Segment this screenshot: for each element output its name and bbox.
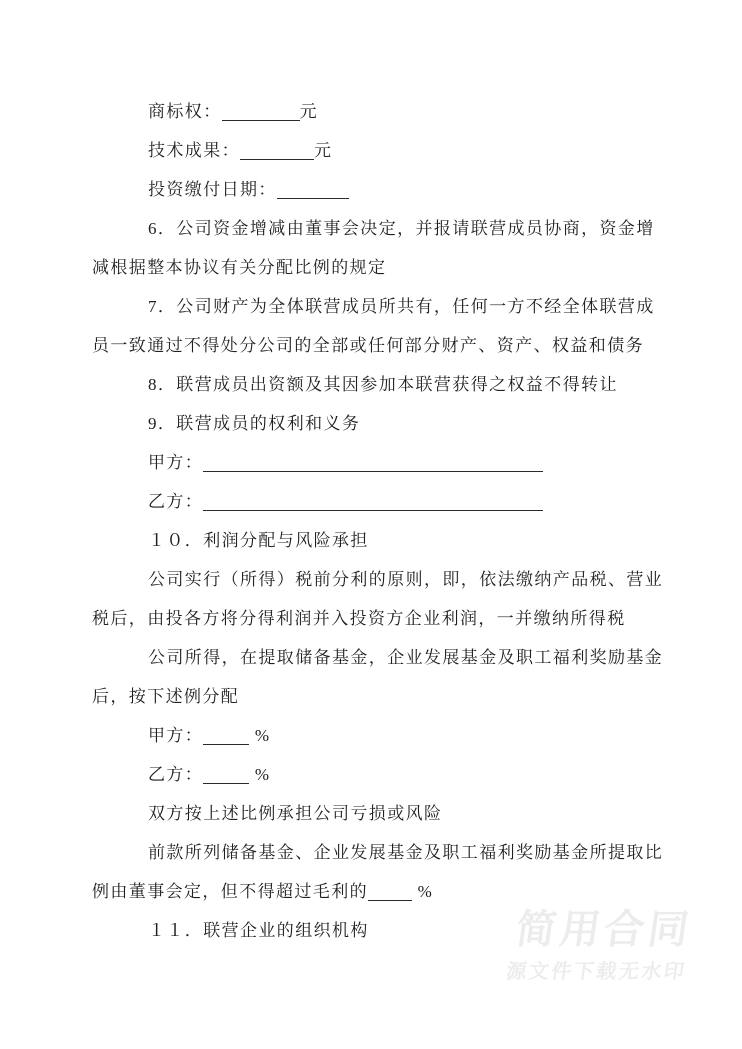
line-clause-6a: 6．公司资金增减由董事会决定，并报请联营成员协商，资金增 — [92, 209, 658, 248]
blank-underline-field — [368, 886, 412, 901]
blank-underline-field — [203, 730, 249, 745]
line-clause-10a: 公司实行（所得）税前分利的原则，即，依法缴纳产品税、营业 — [92, 560, 658, 599]
text-segment: 乙方： — [148, 765, 203, 784]
text-segment: % — [249, 765, 270, 784]
line-clause-10c: 公司所得，在提取储备基金，企业发展基金及职工福利奖励基金 — [92, 638, 658, 677]
blank-underline-field — [203, 496, 543, 511]
text-segment: 甲方： — [148, 453, 203, 472]
line-clause-9: 9．联营成员的权利和义务 — [92, 404, 658, 443]
text-segment: 8．联营成员出资额及其因参加本联营获得之权益不得转让 — [148, 375, 618, 394]
line-investment-payment-date: 投资缴付日期： — [92, 170, 658, 209]
line-funds-ratio-a: 前款所列储备基金、企业发展基金及职工福利奖励基金所提取比 — [92, 833, 658, 872]
text-segment: 员一致通过不得处分公司的全部或任何部分财产、资产、权益和债务 — [92, 336, 644, 355]
watermark-subtitle: 源文件下载无水印 — [504, 958, 688, 986]
text-segment: 元 — [300, 102, 318, 121]
text-segment: 公司实行（所得）税前分利的原则，即，依法缴纳产品税、营业 — [148, 570, 663, 589]
text-segment: 商标权： — [148, 102, 222, 121]
text-segment: １０．利润分配与风险承担 — [148, 531, 369, 550]
text-segment: 7．公司财产为全体联营成员所共有，任何一方不经全体联营成 — [148, 297, 655, 316]
text-segment: 后，按下述例分配 — [92, 687, 239, 706]
text-segment: １１．联营企业的组织机构 — [148, 921, 369, 940]
text-segment: 税后，由投各方将分得利润并入投资方企业利润，一并缴纳所得税 — [92, 609, 626, 628]
text-segment: 元 — [314, 141, 332, 160]
text-segment: 6．公司资金增减由董事会决定，并报请联营成员协商，资金增 — [148, 219, 655, 238]
text-segment: 技术成果： — [148, 141, 240, 160]
line-clause-6b: 减根据整本协议有关分配比例的规定 — [92, 248, 658, 287]
text-segment: 例由董事会定，但不得超过毛利的 — [92, 882, 368, 901]
text-segment: 9．联营成员的权利和义务 — [148, 414, 360, 433]
line-party-a-percent: 甲方： % — [92, 716, 658, 755]
text-segment: 甲方： — [148, 726, 203, 745]
line-trademark-right: 商标权：元 — [92, 92, 658, 131]
text-segment: % — [412, 882, 433, 901]
blank-underline-field — [222, 106, 300, 121]
line-funds-ratio-b: 例由董事会定，但不得超过毛利的 % — [92, 872, 658, 911]
blank-underline-field — [203, 769, 249, 784]
document-body: 商标权：元技术成果：元投资缴付日期：6．公司资金增减由董事会决定，并报请联营成员… — [92, 92, 658, 950]
line-risk-sharing: 双方按上述比例承担公司亏损或风险 — [92, 794, 658, 833]
blank-underline-field — [240, 145, 314, 160]
line-clause-7b: 员一致通过不得处分公司的全部或任何部分财产、资产、权益和债务 — [92, 326, 658, 365]
line-clause-10d: 后，按下述例分配 — [92, 677, 658, 716]
line-clause-11-title: １１．联营企业的组织机构 — [92, 911, 658, 950]
text-segment: % — [249, 726, 270, 745]
text-segment: 双方按上述比例承担公司亏损或风险 — [148, 804, 442, 823]
line-party-a-blank: 甲方： — [92, 443, 658, 482]
line-party-b-blank: 乙方： — [92, 482, 658, 521]
line-party-b-percent: 乙方： % — [92, 755, 658, 794]
document-page: 商标权：元技术成果：元投资缴付日期：6．公司资金增减由董事会决定，并报请联营成员… — [0, 0, 742, 1049]
text-segment: 公司所得，在提取储备基金，企业发展基金及职工福利奖励基金 — [148, 648, 663, 667]
line-clause-7a: 7．公司财产为全体联营成员所共有，任何一方不经全体联营成 — [92, 287, 658, 326]
blank-underline-field — [203, 457, 543, 472]
text-segment: 乙方： — [148, 492, 203, 511]
blank-underline-field — [277, 184, 349, 199]
line-clause-8: 8．联营成员出资额及其因参加本联营获得之权益不得转让 — [92, 365, 658, 404]
text-segment: 前款所列储备基金、企业发展基金及职工福利奖励基金所提取比 — [148, 843, 663, 862]
line-clause-10-title: １０．利润分配与风险承担 — [92, 521, 658, 560]
line-technical-achievement: 技术成果：元 — [92, 131, 658, 170]
line-clause-10b: 税后，由投各方将分得利润并入投资方企业利润，一并缴纳所得税 — [92, 599, 658, 638]
text-segment: 投资缴付日期： — [148, 180, 277, 199]
text-segment: 减根据整本协议有关分配比例的规定 — [92, 258, 386, 277]
